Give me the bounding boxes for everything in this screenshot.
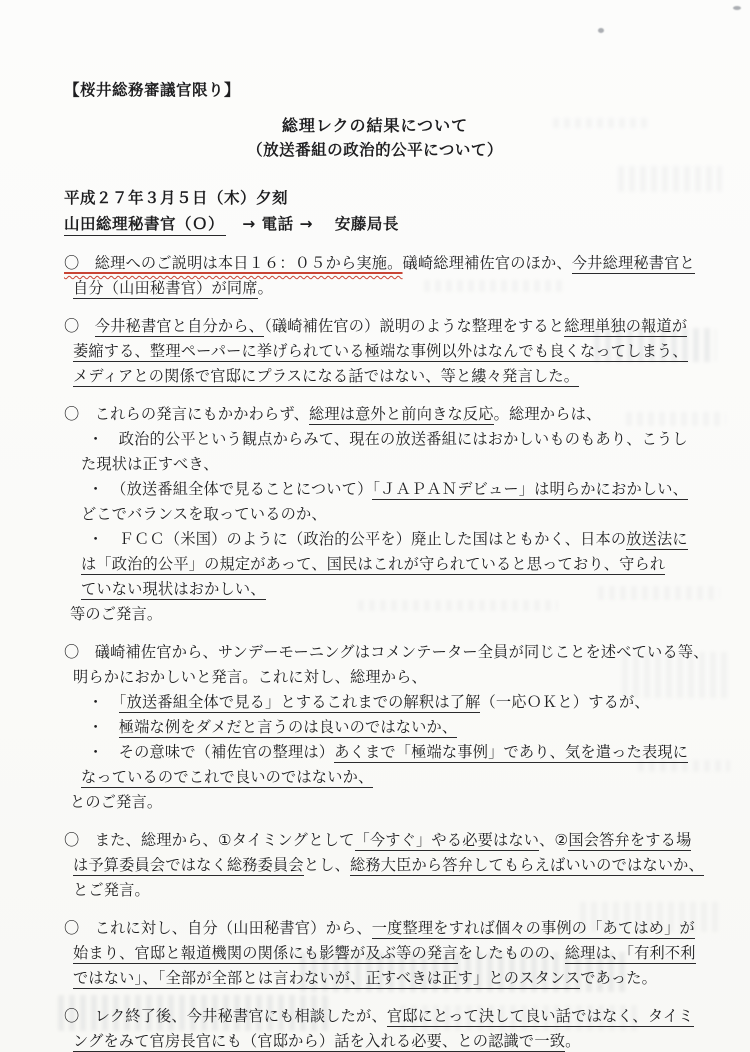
text-segment: （一応ＯＫと）するが、 xyxy=(480,693,649,711)
text-segment: 明らかにおかしいと発言。これに対し、総理から、 xyxy=(73,668,427,686)
text-line: ングをみて官房長官にも（官邸から）話を入れる必要、との認識で一致。 xyxy=(64,1029,729,1052)
text-line: ・ （放送番組全体で見ることについて）「ＪＡＰＡＮデビュー」は明らかにおかしい、 xyxy=(64,477,729,502)
text-line: 萎縮する、整理ペーパーに挙げられている極端な事例以外はなんでも良くなってしまう、 xyxy=(64,339,729,364)
text-segment: 自分（山田秘書官）が同席 xyxy=(73,279,258,299)
route-line: 山田総理秘書官（Ｏ） → 電話 → 安藤局長 xyxy=(64,212,399,234)
route-from: 山田総理秘書官（Ｏ） xyxy=(64,215,226,236)
text-line: ・ 極端な例をダメだと言うのは良いのではないか、 xyxy=(64,715,729,740)
text-segment: ていない現状はおかしい、 xyxy=(81,580,266,600)
text-line: ではない」、「全部が全部とは言わないが、正すべきは正す」とのスタンスであった。 xyxy=(64,966,729,991)
text-segment: なっているのでこれで良いのではないか、 xyxy=(81,768,373,788)
text-segment: 。 xyxy=(258,279,273,297)
text-segment: た現状は正すべき、 xyxy=(81,455,219,473)
text-segment: 〇 また、総理から、①タイミングとして xyxy=(64,831,355,849)
date-line: 平成２７年３月５日（木）夕刻 xyxy=(64,186,288,208)
text-segment: 今井総理秘書官と xyxy=(572,254,695,274)
text-segment: メディアとの関係で官邸にプラスになる話ではない、等と縷々発言した。 xyxy=(73,367,579,387)
text-line: とのご発言。 xyxy=(64,790,729,815)
text-segment: 〇 これらの発言にもかかわらず、 xyxy=(64,405,309,423)
text-line: た現状は正すべき、 xyxy=(64,452,729,477)
text-segment: 〇 総理へのご説明は本日１６：０５から実施。 xyxy=(64,254,403,272)
text-segment: 〇 レク終了後、今井秘書官にも相談したが、 xyxy=(64,1007,387,1025)
text-line: ていない現状はおかしい、 xyxy=(64,577,729,602)
text-line: ・ その意味で（補佐官の整理は）あくまで「極端な事例」であり、気を遣った表現に xyxy=(64,740,729,765)
text-line: ・ 政治的公平という観点からみて、現在の放送番組にはおかしいものもあり、こうし xyxy=(64,427,729,452)
text-segment: ・ xyxy=(88,718,119,736)
text-line: ・ 「放送番組全体で見る」とするこれまでの解釈は了解（一応ＯＫと）するが、 xyxy=(64,690,729,715)
text-segment: 「ＪＡＰＡＮデビュー」は明らかにおかしい、 xyxy=(372,480,688,500)
text-segment: 放送法に xyxy=(626,530,688,550)
text-segment: 礒崎総理補佐官のほか、 xyxy=(403,254,572,272)
text-segment: は「政治的公平」の規定があって、国民はこれが守られていると思っており、守られ xyxy=(81,555,665,575)
text-segment: をしたものの、 xyxy=(458,944,565,962)
scanned-document-page: 【桜井総務審議官限り】 総理レクの結果について （放送番組の政治的公平について）… xyxy=(0,0,750,1052)
text-segment: 。 xyxy=(565,1032,580,1050)
text-line: メディアとの関係で官邸にプラスになる話ではない、等と縷々発言した。 xyxy=(64,364,729,389)
title-block: 総理レクの結果について （放送番組の政治的公平について） xyxy=(0,113,750,163)
memo-body: 〇 総理へのご説明は本日１６：０５から実施。礒崎総理補佐官のほか、今井総理秘書官… xyxy=(64,251,729,1052)
document-title: 総理レクの結果について xyxy=(0,113,750,138)
text-line: 〇 今井秘書官と自分から、（礒崎補佐官の）説明のような整理をすると総理単独の報道… xyxy=(64,314,729,339)
scan-speck xyxy=(733,6,741,10)
text-segment: であった。 xyxy=(580,969,657,987)
text-segment: 〇 xyxy=(64,317,95,335)
text-line: 〇 これらの発言にもかかわらず、総理は意外と前向きな反応。総理からは、 xyxy=(64,402,729,427)
text-line: なっているのでこれで良いのではないか、 xyxy=(64,765,729,790)
text-segment: どこでバランスを取っているのか、 xyxy=(81,505,327,523)
text-segment: 国会答弁をする場 xyxy=(568,831,691,851)
text-segment: 「今すぐ」やる必要はない xyxy=(355,831,540,851)
text-segment: 始まり、官邸と報道機関の関係にも影響が及ぶ等の発言 xyxy=(73,944,458,964)
text-segment: 萎縮する、整理ペーパーに挙げられている極端な事例以外はなんでも良くなってしまう、 xyxy=(73,342,688,362)
text-segment: 、② xyxy=(539,831,568,849)
text-segment: ・ その意味で（補佐官の整理は） xyxy=(88,743,334,761)
text-segment: ・ ＦＣＣ（米国）のように（政治的公平を）廃止した国はともかく、日本の xyxy=(88,530,626,548)
red-marked-segment: 〇 総理へのご説明は本日１６：０５から実施。 xyxy=(64,254,403,272)
text-segment: 総理単独の報道が xyxy=(564,317,687,337)
text-line: 等のご発言。 xyxy=(64,602,729,627)
text-segment: 総理は意外と前向きな反応 xyxy=(309,405,494,425)
text-line: とご発言。 xyxy=(64,878,729,903)
text-line: は予算委員会ではなく総務委員会とし、総務大臣から答弁してもらえばいいのではないか… xyxy=(64,853,729,878)
text-segment: 〇 これに対し、自分（山田秘書官）から、 xyxy=(64,919,372,937)
text-line: 始まり、官邸と報道機関の関係にも影響が及ぶ等の発言をしたものの、総理は、「有利不… xyxy=(64,941,729,966)
text-segment: 。総理からは、 xyxy=(494,405,602,423)
text-segment: は予算委員会ではなく総務委員会 xyxy=(73,856,304,876)
text-line: は「政治的公平」の規定があって、国民はこれが守られていると思っており、守られ xyxy=(64,552,729,577)
route-rest: → 電話 → 安藤局長 xyxy=(226,215,399,233)
text-segment: （礒崎補佐官の）説明のような整理をすると xyxy=(264,317,564,335)
text-segment: 総務大臣から答弁してもらえばいいのではないか、 xyxy=(350,856,704,876)
text-segment: あくまで「極端な事例」であり、気を遣った表現に xyxy=(334,743,688,763)
text-segment: ではない」、「全部が全部とは言わないが、正すべきは正す」とのスタンス xyxy=(73,969,580,989)
text-line: どこでバランスを取っているのか、 xyxy=(64,502,729,527)
text-segment: 総理は、「有利不利 xyxy=(565,944,696,964)
bleedthrough-smudge xyxy=(618,166,722,192)
text-line: 〇 礒崎補佐官から、サンデーモーニングはコメンテーター全員が同じことを述べている… xyxy=(64,640,729,665)
text-segment: ングをみて官房長官にも（官邸から）話を入れる必要、との認識で一致 xyxy=(73,1032,565,1052)
text-line: 〇 レク終了後、今井秘書官にも相談したが、官邸にとって決して良い話ではなく、タイ… xyxy=(64,1004,729,1029)
text-segment: 「放送番組全体で見る」とするこれまでの解釈は了解 xyxy=(119,693,481,713)
text-line: 自分（山田秘書官）が同席。 xyxy=(64,276,729,301)
text-line: 〇 また、総理から、①タイミングとして「今すぐ」やる必要はない、②国会答弁をする… xyxy=(64,828,729,853)
text-segment: 官邸にとって決して良い話ではなく、タイミ xyxy=(387,1007,694,1027)
text-segment: ・ xyxy=(88,693,119,711)
text-line: 〇 これに対し、自分（山田秘書官）から、一度整理をすれば個々の事例の「あてはめ」… xyxy=(64,916,729,941)
text-segment: 〇 礒崎補佐官から、サンデーモーニングはコメンテーター全員が同じことを述べている… xyxy=(64,643,709,661)
text-segment: 今井秘書官と自分から、 xyxy=(95,317,264,337)
text-line: 明らかにおかしいと発言。これに対し、総理から、 xyxy=(64,665,729,690)
document-subtitle: （放送番組の政治的公平について） xyxy=(0,138,750,163)
text-line: ・ ＦＣＣ（米国）のように（政治的公平を）廃止した国はともかく、日本の放送法に xyxy=(64,527,729,552)
text-segment: 一度整理をすれば個々の事例の「あてはめ」が xyxy=(372,919,695,939)
classification-label: 【桜井総務審議官限り】 xyxy=(64,78,240,100)
text-segment: ・ （放送番組全体で見ることについて） xyxy=(88,480,372,498)
text-segment: とのご発言。 xyxy=(70,793,162,811)
scan-speck xyxy=(598,28,604,33)
text-segment: とし、 xyxy=(304,856,350,874)
text-segment: とご発言。 xyxy=(73,881,150,899)
text-line: 〇 総理へのご説明は本日１６：０５から実施。礒崎総理補佐官のほか、今井総理秘書官… xyxy=(64,251,729,276)
text-segment: 極端な例をダメだと言うのは良いのではないか、 xyxy=(119,718,458,738)
text-segment: ・ 政治的公平という観点からみて、現在の放送番組にはおかしいものもあり、こうし xyxy=(88,430,688,448)
text-segment: 等のご発言。 xyxy=(70,605,162,623)
